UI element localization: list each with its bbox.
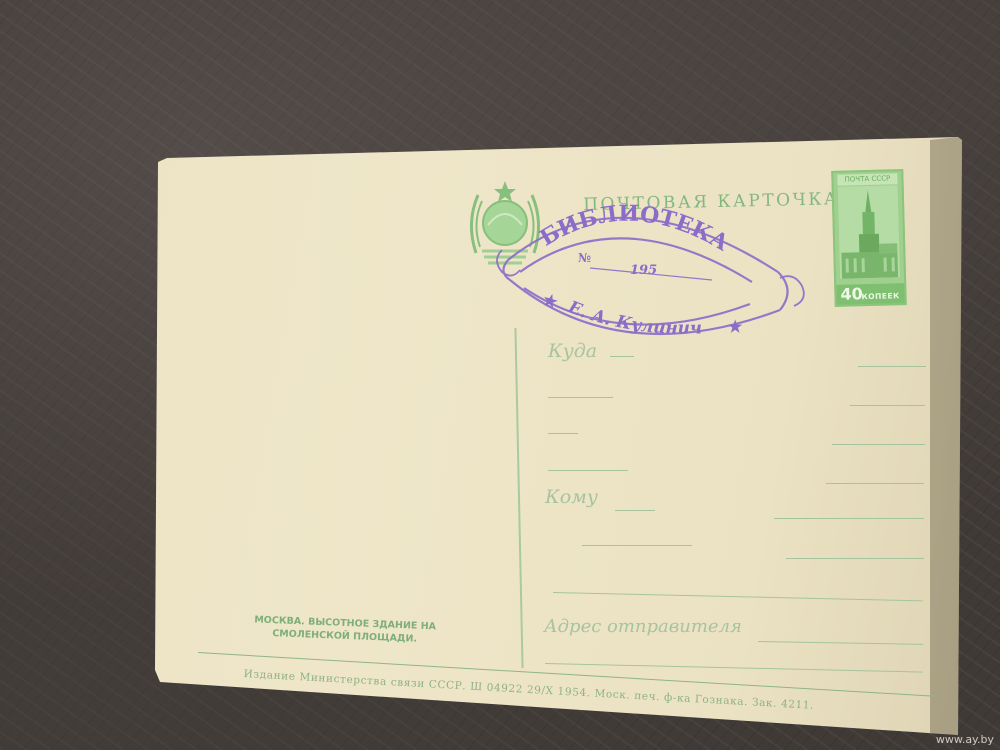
address-line bbox=[548, 470, 628, 471]
address-line bbox=[832, 444, 925, 445]
stamp-value: 40 bbox=[840, 284, 863, 304]
stamp-value-bar: 40 КОПЕЕК bbox=[836, 283, 905, 305]
address-line bbox=[826, 483, 924, 484]
stamp-number-label: № bbox=[578, 251, 591, 265]
stamp-unit: КОПЕЕК bbox=[861, 291, 899, 301]
stamp-star-right: ★ bbox=[728, 317, 743, 336]
address-line bbox=[786, 558, 924, 559]
stamp-header: ПОЧТА СССР bbox=[837, 173, 897, 186]
address-line bbox=[774, 518, 924, 519]
library-ink-stamp: БИБЛИОТЕКА № 195 ★ Е. А. Кулинич ★ bbox=[480, 180, 830, 360]
site-watermark: www.ay.by bbox=[936, 733, 994, 746]
postage-stamp: ПОЧТА СССР 40 КОПЕЕК bbox=[831, 169, 907, 307]
stamp-number-value: 195 bbox=[630, 263, 657, 278]
spasskaya-tower-kremlin-icon bbox=[838, 185, 900, 279]
address-line bbox=[548, 397, 613, 398]
address-line bbox=[850, 405, 925, 406]
address-line bbox=[615, 510, 655, 511]
stamp-owner-name: Е. А. Кулинич bbox=[564, 297, 702, 339]
stamp-star-left: ★ bbox=[541, 290, 561, 312]
field-label-sender-address: Адрес отправителя bbox=[544, 616, 742, 637]
field-label-to-whom: Кому bbox=[545, 486, 598, 508]
address-line bbox=[548, 433, 578, 434]
address-line bbox=[582, 545, 692, 546]
address-line bbox=[858, 366, 926, 367]
